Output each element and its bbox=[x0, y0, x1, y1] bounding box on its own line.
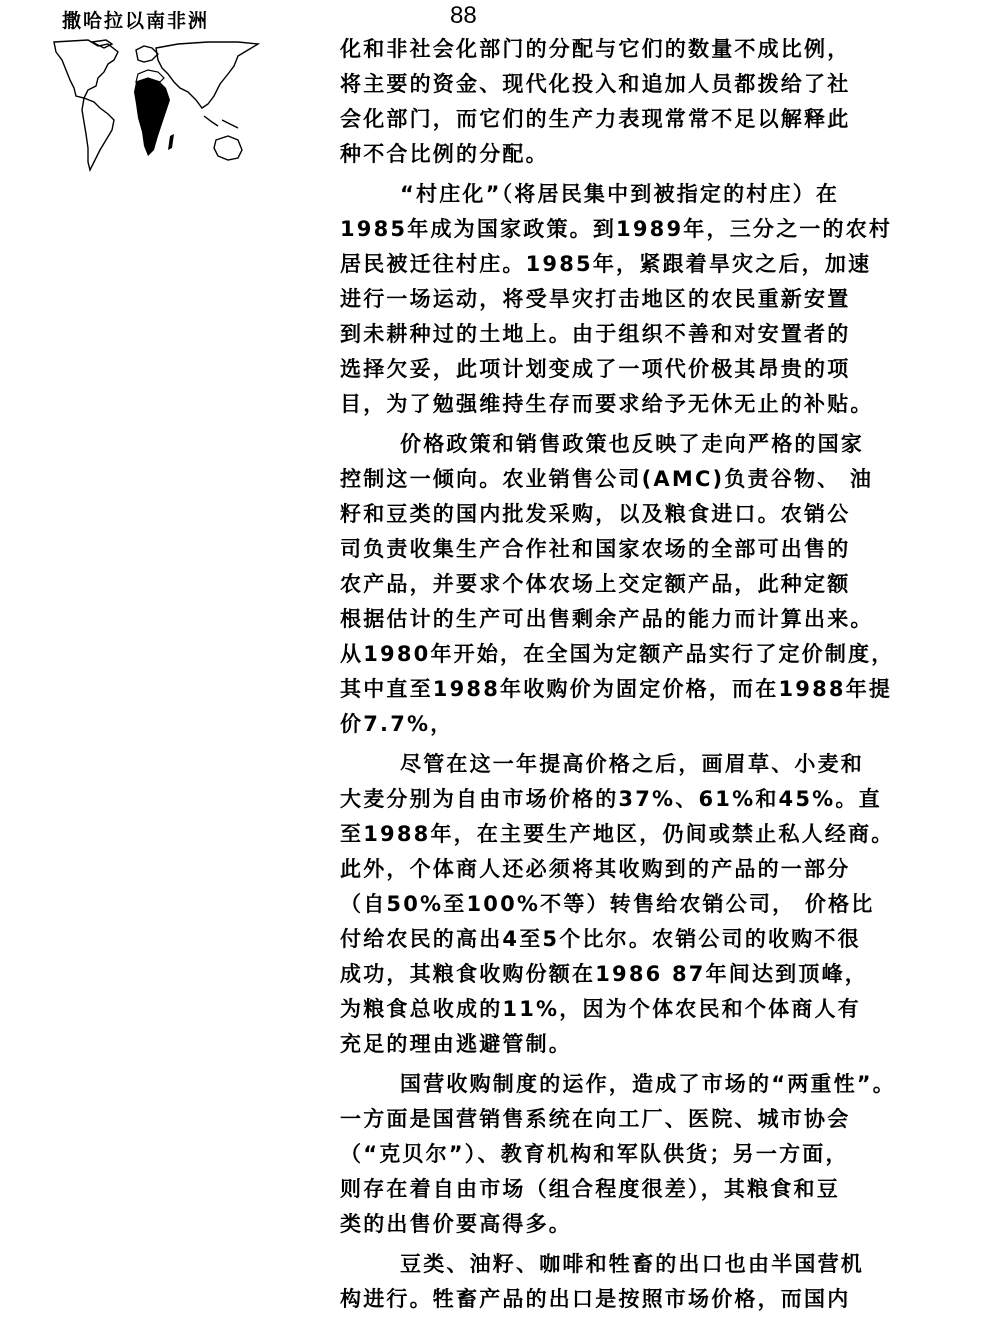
text-line: 籽和豆类的国内批发采购，以及粮食进口。农销公 bbox=[340, 497, 980, 532]
text-line: 豆类、油籽、咖啡和牲畜的出口也由半国营机 bbox=[340, 1247, 980, 1282]
text-line: 国营收购制度的运作，造成了市场的“两重性”。 bbox=[340, 1067, 980, 1102]
text-line: 到未耕种过的土地上。由于组织不善和对安置者的 bbox=[340, 317, 980, 352]
page-number: 88 bbox=[450, 2, 477, 30]
text-line: 从1980年开始，在全国为定额产品实行了定价制度， bbox=[340, 637, 980, 672]
text-line: 居民被迁往村庄。1985年，紧跟着旱灾之后，加速 bbox=[340, 247, 980, 282]
body-text: 化和非社会化部门的分配与它们的数量不成比例， 将主要的资金、现代化投入和追加人员… bbox=[340, 32, 980, 1322]
text-line: 价7.7%， bbox=[340, 707, 980, 742]
text-line: 进行一场运动，将受旱灾打击地区的农民重新安置 bbox=[340, 282, 980, 317]
text-line: 一方面是国营销售系统在向工厂、医院、城市协会 bbox=[340, 1102, 980, 1137]
paragraph-6: 豆类、油籽、咖啡和牲畜的出口也由半国营机 构进行。牲畜产品的出口是按照市场价格，… bbox=[340, 1247, 980, 1317]
paragraph-4: 尽管在这一年提高价格之后，画眉草、小麦和 大麦分别为自由市场价格的37%、61%… bbox=[340, 747, 980, 1062]
text-line: 控制这一倾向。农业销售公司(AMC)负责谷物、 油 bbox=[340, 462, 980, 497]
text-line: 目，为了勉强维持生存而要求给予无休无止的补贴。 bbox=[340, 387, 980, 422]
text-line: 将主要的资金、现代化投入和追加人员都拨给了社 bbox=[340, 67, 980, 102]
paragraph-5: 国营收购制度的运作，造成了市场的“两重性”。 一方面是国营销售系统在向工厂、医院… bbox=[340, 1067, 980, 1242]
text-line: 农产品，并要求个体农场上交定额产品，此种定额 bbox=[340, 567, 980, 602]
text-line: 大麦分别为自由市场价格的37%、61%和45%。直 bbox=[340, 782, 980, 817]
world-map-africa-highlighted-icon bbox=[48, 38, 268, 183]
text-line: 种不合比例的分配。 bbox=[340, 137, 980, 172]
region-label: 撒哈拉以南非洲 bbox=[62, 6, 209, 33]
text-line: 为粮食总收成的11%，因为个体农民和个体商人有 bbox=[340, 992, 980, 1027]
paragraph-1: 化和非社会化部门的分配与它们的数量不成比例， 将主要的资金、现代化投入和追加人员… bbox=[340, 32, 980, 172]
text-line: “村庄化”（将居民集中到被指定的村庄）在 bbox=[340, 177, 980, 212]
text-line: 充足的理由逃避管制。 bbox=[340, 1027, 980, 1062]
text-line: 1985年成为国家政策。到1989年，三分之一的农村 bbox=[340, 212, 980, 247]
text-line: 司负责收集生产合作社和国家农场的全部可出售的 bbox=[340, 532, 980, 567]
text-line: 价格政策和销售政策也反映了走向严格的国家 bbox=[340, 427, 980, 462]
text-line: 根据估计的生产可出售剩余产品的能力而计算出来。 bbox=[340, 602, 980, 637]
text-line: （自50%至100%不等）转售给农销公司， 价格比 bbox=[340, 887, 980, 922]
text-line: 化和非社会化部门的分配与它们的数量不成比例， bbox=[340, 32, 980, 67]
text-line: 成功，其粮食收购份额在1986 87年间达到顶峰， bbox=[340, 957, 980, 992]
text-line: 类的出售价要高得多。 bbox=[340, 1207, 980, 1242]
text-line: 其中直至1988年收购价为固定价格，而在1988年提 bbox=[340, 672, 980, 707]
text-line: 尽管在这一年提高价格之后，画眉草、小麦和 bbox=[340, 747, 980, 782]
text-line: 此外，个体商人还必须将其收购到的产品的一部分 bbox=[340, 852, 980, 887]
text-line: 选择欠妥，此项计划变成了一项代价极其昂贵的项 bbox=[340, 352, 980, 387]
text-line: 则存在着自由市场（组合程度很差），其粮食和豆 bbox=[340, 1172, 980, 1207]
text-line: 构进行。牲畜产品的出口是按照市场价格，而国内 bbox=[340, 1282, 980, 1317]
paragraph-2: “村庄化”（将居民集中到被指定的村庄）在 1985年成为国家政策。到1989年，… bbox=[340, 177, 980, 422]
text-line: （“克贝尔”）、教育机构和军队供货；另一方面， bbox=[340, 1137, 980, 1172]
text-line: 会化部门，而它们的生产力表现常常不足以解释此 bbox=[340, 102, 980, 137]
text-line: 付给农民的高出4至5个比尔。农销公司的收购不很 bbox=[340, 922, 980, 957]
text-line: 至1988年，在主要生产地区，仍间或禁止私人经商。 bbox=[340, 817, 980, 852]
paragraph-3: 价格政策和销售政策也反映了走向严格的国家 控制这一倾向。农业销售公司(AMC)负… bbox=[340, 427, 980, 742]
